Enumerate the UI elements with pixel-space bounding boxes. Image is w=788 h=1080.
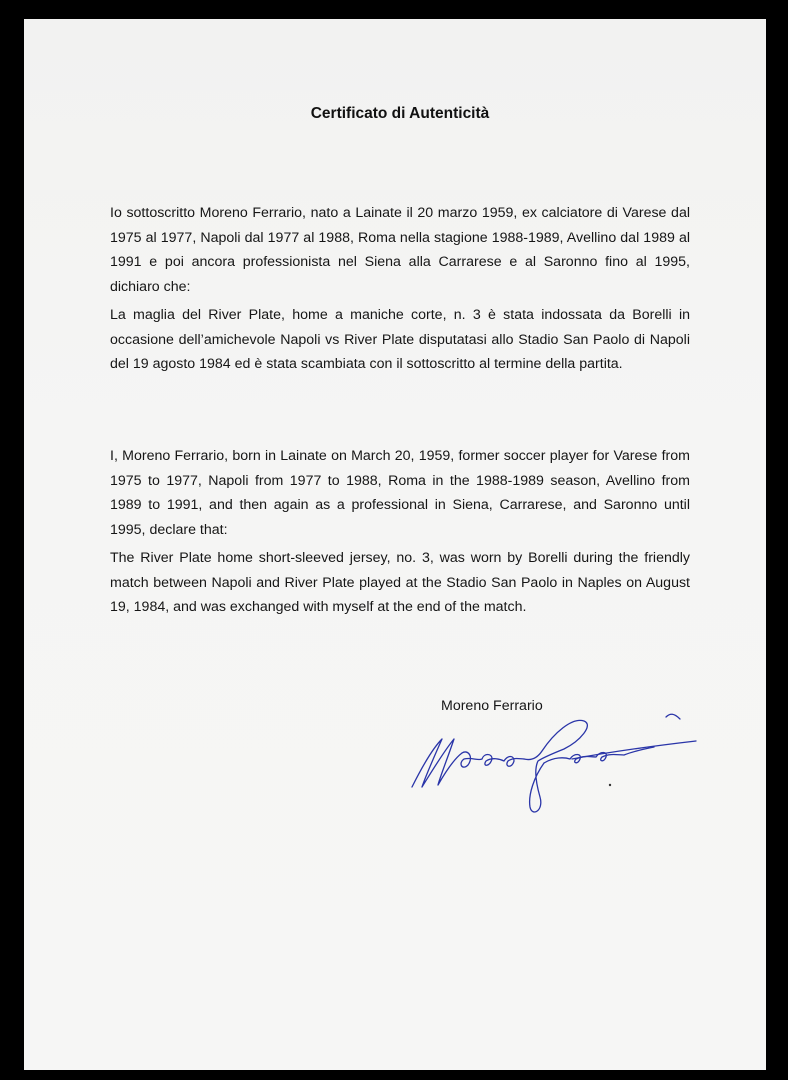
certificate-page: Certificato di Autenticità Io sottoscrit… <box>24 19 766 1070</box>
english-paragraph-declaration: I, Moreno Ferrario, born in Lainate on M… <box>110 444 690 542</box>
english-paragraph-jersey: The River Plate home short-sleeved jerse… <box>110 546 690 620</box>
italian-paragraph-jersey: La maglia del River Plate, home a manich… <box>110 303 690 377</box>
italian-paragraph-declaration: Io sottoscritto Moreno Ferrario, nato a … <box>110 201 690 299</box>
handwritten-signature <box>404 687 704 827</box>
document-title: Certificato di Autenticità <box>24 105 766 123</box>
